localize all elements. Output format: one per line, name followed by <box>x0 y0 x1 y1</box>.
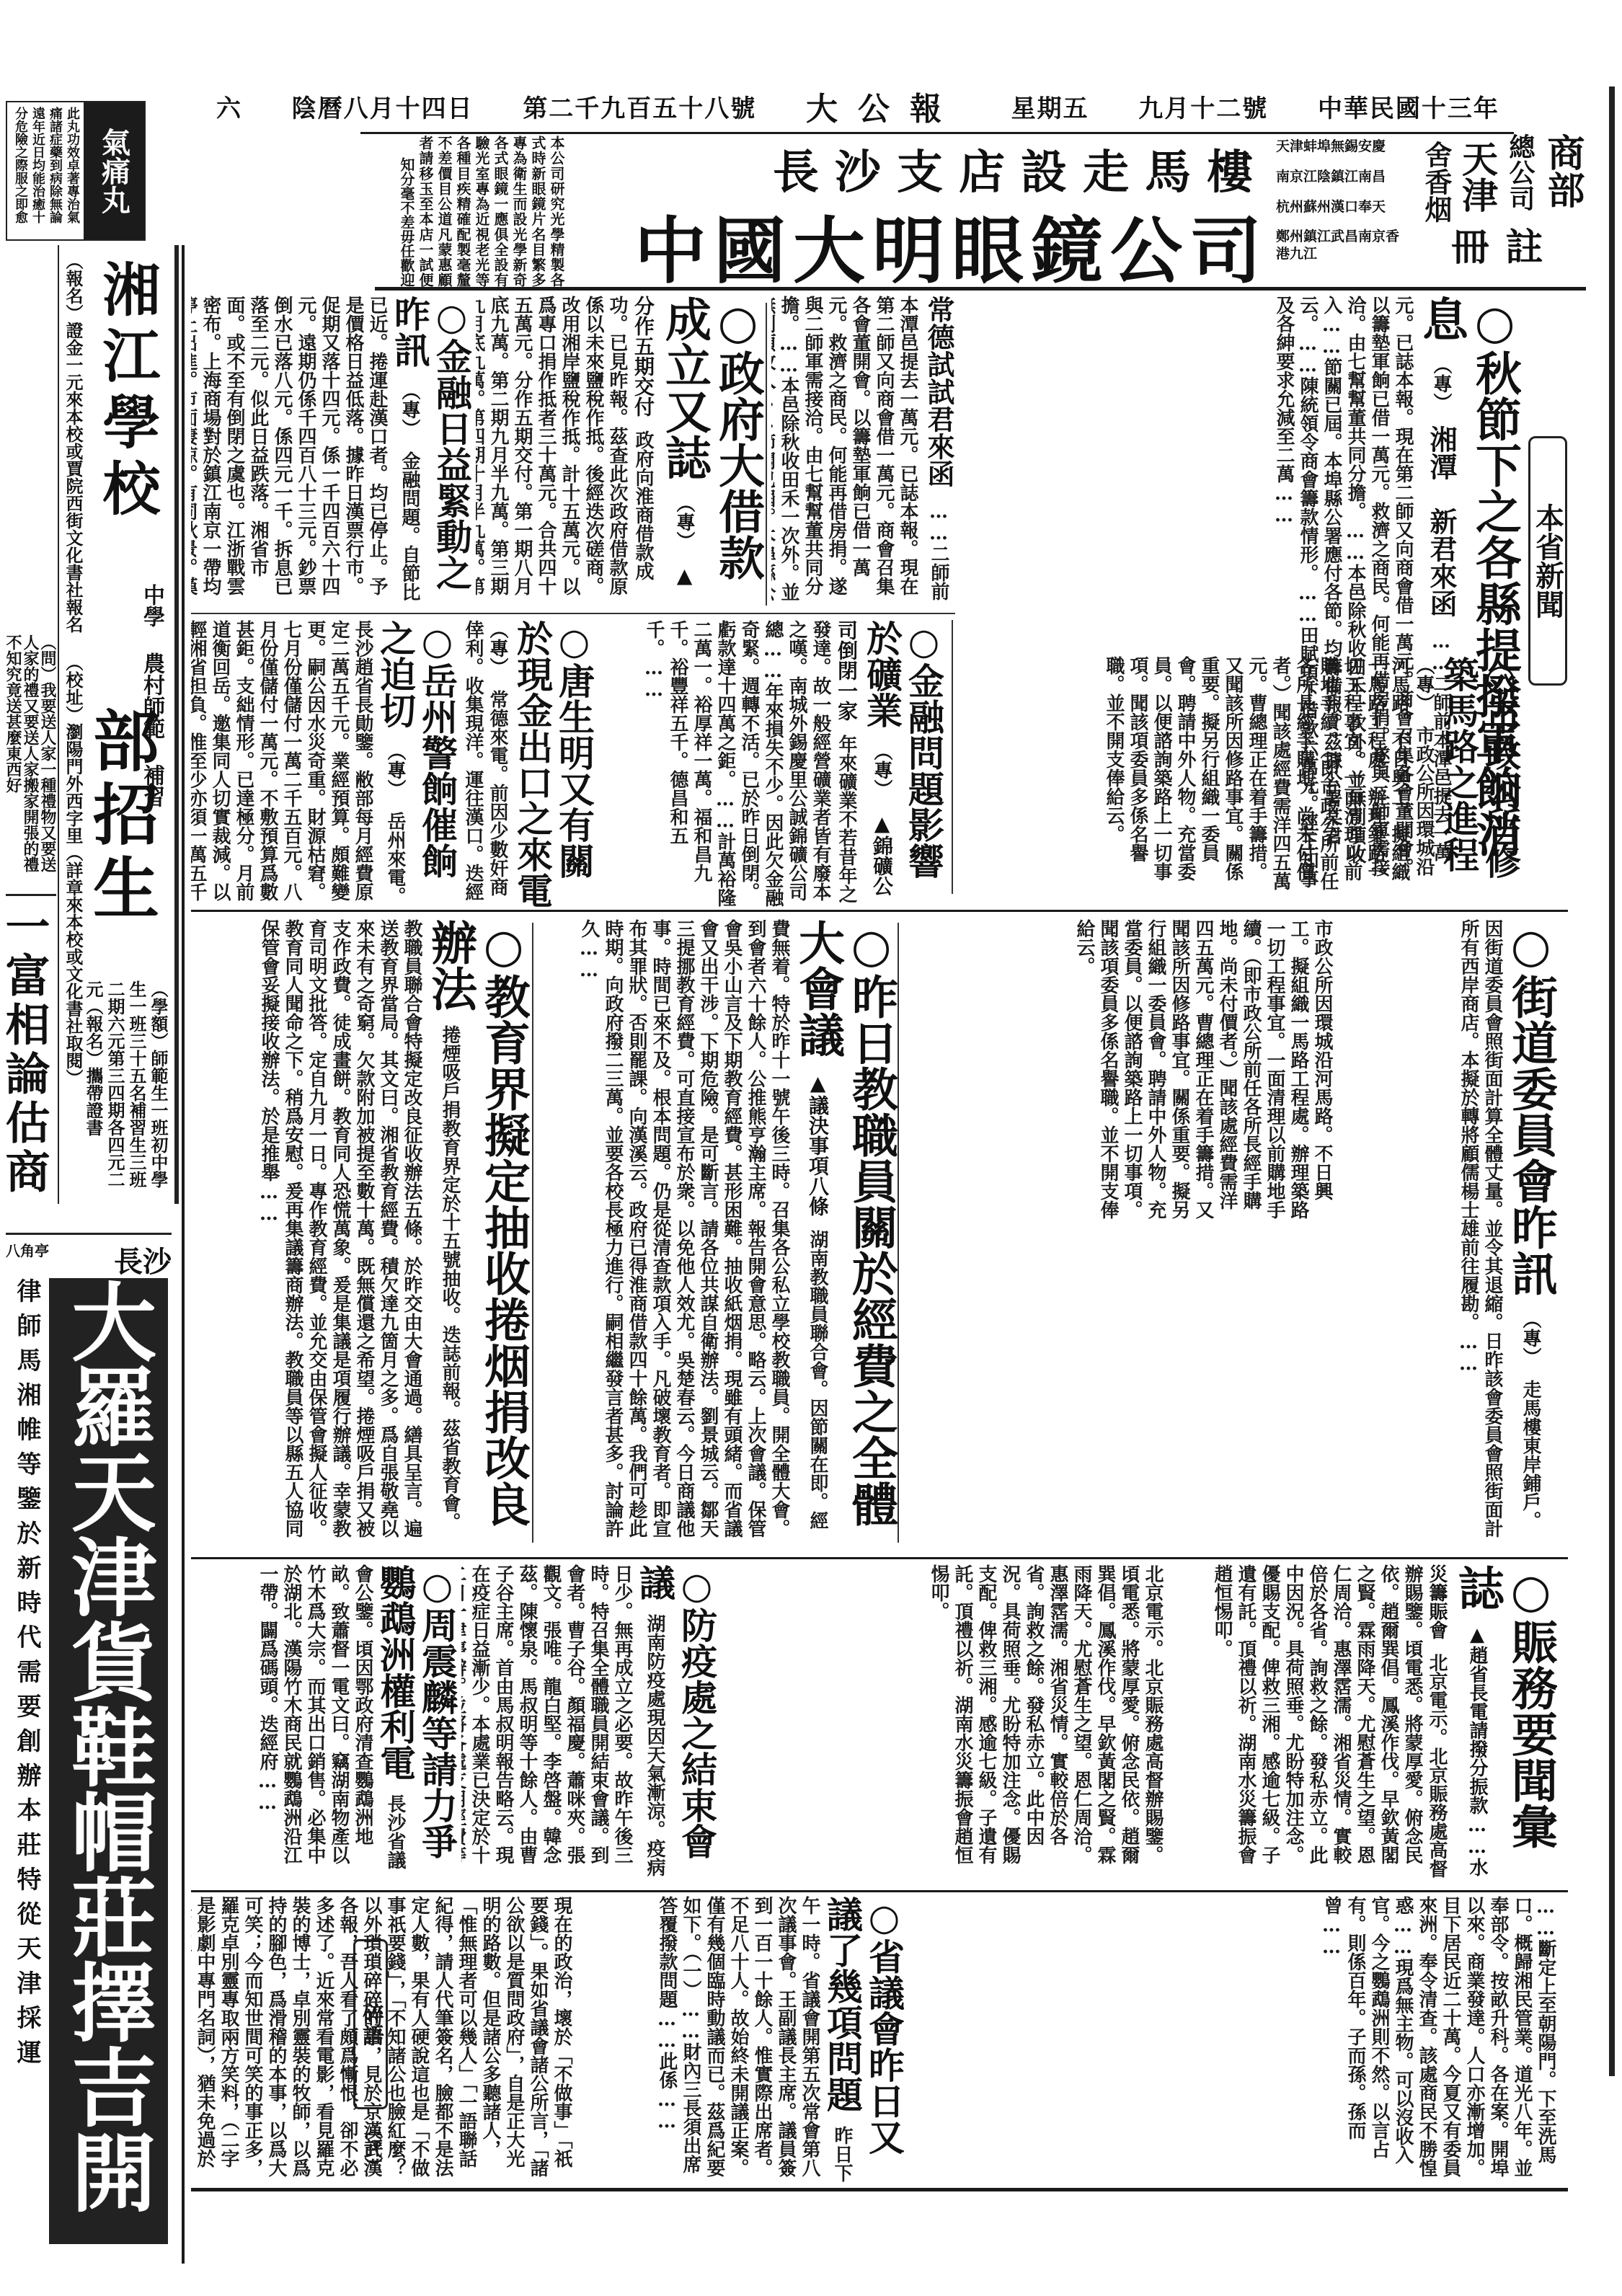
column-rule <box>952 620 953 894</box>
commentary-body: 現在的政治，壞於「不做事」「祇要錢」。果如省議會諸公所言，「諸公欲以是質問政府」… <box>191 1896 624 2184</box>
subhead: 常德試試君來函 <box>923 296 955 487</box>
branch-line: 天津蚌埠無錫安慶 <box>1276 138 1406 156</box>
branch-line: 杭州蘇州漢口奉天 <box>1276 199 1406 216</box>
article-tag: （專） <box>871 742 892 798</box>
date-lunar: 陰曆八月十四日 <box>292 89 474 124</box>
branch-list: 天津蚌埠無錫安慶 南京江陰鎮江南昌 杭州蘇州漢口奉天 鄭州鎮江武昌南京香港九江 <box>1276 138 1406 283</box>
headline: ○唐生明又有關於現金出口之來電 <box>511 620 595 908</box>
store-location: 長沙支店設走馬樓 <box>773 136 1269 202</box>
article-body: 湖南防疫處現因天氣漸涼。疫病日少。無再成立之必要。故昨午後三時。特召集全體職員開… <box>461 1564 665 1876</box>
dealer-word: 商部 <box>1535 133 1590 208</box>
article-body: 政府向淮商借款成功。已見昨報。茲查此次政府借款原係以未來鹽稅作抵。後經迭次磋商。… <box>476 296 654 595</box>
headline: ○省議會昨日又議了幾項問題 <box>821 1896 905 2155</box>
section-label-provincial-news: 本省新聞 <box>1528 436 1567 686</box>
article-body: 金融問題。自節比已近。捲運赴漢口者。均已停止。予是價格日益低落。據昨日漢票行市。… <box>191 296 420 601</box>
health-ad: 氣痛丸 此丸功效卓著專治氣痛諸症藥到病除無論遠年近日均能治癒十分危險之際服之即愈 <box>6 101 146 241</box>
enroll-note: （報名）證金一元來本校或賈院西街文化書社報名 <box>63 252 84 633</box>
health-ad-text: 此丸功效卓著專治氣痛諸症藥到病除無論遠年近日均能治癒十分危險之際服之即愈 <box>12 107 81 235</box>
gift-qa-ad: （問）我要送人家一種禮物又要送人家的禮又要送人家搬家開張的禮不知究竟送甚麼東西好 <box>6 634 56 872</box>
article-municipal-road: ○市政公所修築馬路之進程 （專） 市政公所因環城沿河馬路。不日興工。擬組織一馬路… <box>966 656 1521 894</box>
article-zhou-zhenlin: ○周震麟等請力爭鸚鵡洲權利電 長沙省議會公鑒。頃因鄂政府清查鸚鵡洲地畝。致蕭督一… <box>191 1564 458 1881</box>
headline: ○街道委員會昨訊 <box>1504 919 1557 1296</box>
article-yuezhou: ○岳州警餉催餉之迫切 （專） 岳州來電。長沙趙省長勛鑒。敝部每月經費原定二萬五千… <box>191 620 458 908</box>
article-epidemic-office: ○防疫處之結束會議 湖南防疫處現因天氣漸涼。疫病日少。無再成立之必要。故昨午後三… <box>461 1564 717 1881</box>
article-tag: （專） <box>1520 1310 1541 1366</box>
paper-name: 大公報 <box>806 83 962 129</box>
issue-number: 第二千九百五十八號 <box>523 89 756 124</box>
article-body: 北京電示。北京賑務處高督辦賜鑒。頃電悉。將蒙厚愛。俯念民依。趙爾巽倡。鳳溪作伐。… <box>928 1564 1164 1864</box>
article-tag: （專） <box>1430 355 1452 412</box>
left-column-rule <box>182 245 185 2264</box>
article-finance: ○金融日益緊動之昨訊 （專） 金融問題。自節比已近。捲運赴漢口者。均已停止。予是… <box>191 296 472 606</box>
page-border <box>1609 87 1615 2076</box>
dealer-city: 天津 <box>1451 141 1503 213</box>
row-rule <box>191 1557 1568 1559</box>
article-changde-yuanling: 常德試試君來函 ……二師前本潭邑提去一萬元。已誌本報。現在第二師又向商會借一萬元… <box>771 296 959 606</box>
slogan-ad: 一富相論估商 <box>6 894 56 1206</box>
dealer-ad: 商部 註冊 總公司 天津 舍香烟 <box>1413 133 1590 288</box>
article-body: ……斷定上至朝陽門。下至洗馬口。概歸湘民管業。道光八年。並奉部令。按畝升科。各在… <box>1321 1896 1556 2177</box>
article-gov-loan: ○政府大借款成立又誌 （專） ▲分作五期交付 政府向淮商借款成功。已見昨報。茲查… <box>476 296 764 606</box>
branch-line: 南京江陰鎮江南昌 <box>1276 169 1406 186</box>
vendor-side-text: 律師馬湘帷等鑒於新時代需要創辦本莊特從天津採運 <box>13 1278 45 2244</box>
dealer-word: 舍香烟 <box>1417 141 1456 223</box>
article-yingwuzhou: ……斷定上至朝陽門。下至洗馬口。概歸湘民管業。道光八年。並奉部令。按畝升科。各在… <box>908 1896 1557 2184</box>
school-address: （報名）證金一元來本校或賈院西街文化書社報名 （校址）瀏陽門外西字里（詳章來本校… <box>62 252 84 1189</box>
article-body: 市政公所因環城沿河馬路。不日興工。擬組織一馬路工程處。辦理築路一切工程事宜。一面… <box>1103 656 1435 890</box>
article-tag: （專） <box>399 381 420 438</box>
headline: ○市政公所修築馬路之進程 <box>1437 656 1521 879</box>
dealer-word: 註冊 <box>1440 227 1548 288</box>
header-rule <box>375 287 1586 291</box>
shoe-hat-store-ad: 長沙 八角亭 大羅天津貨鞋帽莊擇吉開張 律師馬湘帷等鑒於新時代需要創辦本莊特從天… <box>6 1233 172 2259</box>
branch-line: 鄭州鎮江武昌南京香港九江 <box>1276 229 1406 263</box>
article-tag: （專） <box>487 620 508 676</box>
page-number: 六 <box>216 89 242 124</box>
article-body: 年來礦業不若昔年之發達。故一般經營礦業者皆有廢本之嘆。南城外錫慶里公誠錦礦公司總… <box>643 620 857 907</box>
column-rule <box>898 923 899 1543</box>
masthead-rule <box>360 132 1514 134</box>
article-relief-news: ○賑務要聞彙誌 ▲趙省長電請撥分振款……水災籌賑會 北京電示。北京賑務處高督辦賜… <box>1168 1564 1557 1881</box>
bottom-rule <box>191 2188 1568 2191</box>
health-ad-title: 氣痛丸 <box>84 102 144 239</box>
row-rule <box>191 910 1568 912</box>
article-body: 湖南教職員聯合會。因節關在即。經費無着。特於昨十一號午後三時。召集各公私立學校教… <box>578 919 828 1538</box>
store-notice: 本公司研究光學精製各式時新眼鏡片名目繁多專為衛生而設光學新奇各式眼鏡一應俱全設有… <box>191 136 566 287</box>
article-body: 捲煙吸戶捐教育界定於十五號抽收。迭誌前報。茲省教育會。教職員聯合會特擬定改良征收… <box>258 919 461 1538</box>
article-tang-shengming: ○唐生明又有關於現金出口之來電 （專） 常德來電。前因少數奸商倖利。收集現洋。運… <box>461 620 595 908</box>
weekday: 星期五 <box>1011 89 1089 124</box>
fees-text: 二期六元第三四期各四元二元（報名）攜帶證書 <box>83 980 125 1188</box>
column-rule <box>766 303 767 606</box>
school-quota: （學額）師範生一班初中學生一班三十五名補習生三班 二期六元第三四期各四元二元（報… <box>82 980 169 1197</box>
article-body: 岳州來電。長沙趙省長勛鑒。敝部每月經費原定二萬五千元。業經預算。頗難變更。嗣公因… <box>191 620 406 905</box>
article-mining: ○金融問題影響於礦業 （專） ▲錦礦公司倒閉一家 年來礦業不若昔年之發達。故一般… <box>598 620 944 908</box>
article-provincial-assembly: ○省議會昨日又議了幾項問題 昨日下午一時。省議會開第五次常會第八次議事會。王副議… <box>627 1896 905 2184</box>
quota-text: （學額）師範生一班初中學生一班三十五名補習生三班 <box>126 980 169 1188</box>
vendor-place: 長沙 <box>114 1239 172 1280</box>
article-tag: （專） <box>673 494 695 550</box>
article-tag: （專） <box>1413 656 1435 712</box>
row-rule <box>191 613 955 614</box>
vendor-label: 八角亭 <box>6 1239 49 1280</box>
article-body: 北京電示。北京賑務處高督辦賜鑒。頃電悉。將蒙厚愛。俯念民依。趙爾巽倡。鳳溪作伐。… <box>1211 1564 1448 1878</box>
article-education-tobacco: ○教育界擬定抽收捲烟捐改良辦法 捲煙吸戶捐教育界定於十五號抽收。迭誌前報。茲省教… <box>191 919 530 1546</box>
school-headline: 部招生 <box>74 706 169 927</box>
article-body: 現在的政治，壞於「不做事」「祇要錢」。果如省議會諸公所言，「諸公欲以是質問政府」… <box>191 1896 624 2184</box>
subhead: ▲議決事項八條 <box>806 1071 830 1216</box>
vendor-header: 長沙 八角亭 <box>6 1239 172 1280</box>
subhead: 湘潭 新君來函 <box>1425 425 1458 617</box>
date-roc: 中華民國十三年 <box>1318 89 1499 124</box>
article-road-survey: 市政公所因環城沿河馬路。不日興工。擬組織一馬路工程處。辦理築路一切工程事宜。一面… <box>901 919 1334 1222</box>
date-gregorian: 九月十二號 <box>1138 89 1268 124</box>
row-rule <box>191 1890 1568 1892</box>
article-street-committee: ○街道委員會昨訊 （專） 走馬樓東岸鋪戶。因街道委員會照街面計算全體丈量。並令其… <box>1341 919 1557 1546</box>
dealer-company: 總公司 <box>1502 133 1539 211</box>
article-body: 市政公所因環城沿河馬路。不日興工。擬組織一馬路工程處。辦理築路一切工程事宜。一面… <box>1073 919 1333 1219</box>
masthead: 中華民國十三年 九月十二號 星期五 大公報 第二千九百五十八號 陰曆八月十四日 … <box>216 81 1499 131</box>
school-name: 湘江學校 <box>86 260 169 525</box>
article-relief-news-cont: 北京電示。北京賑務處高督辦賜鑒。頃電悉。將蒙厚愛。俯念民依。趙爾巽倡。鳳溪作伐。… <box>721 1564 1164 1881</box>
department: 中學 <box>139 584 164 627</box>
optical-store-ad: 長沙支店設走馬樓 中國大明眼鏡公司 天津蚌埠無錫安慶 南京江陰鎮江南昌 杭州蘇州… <box>779 136 1406 287</box>
vendor-title: 大羅天津貨鞋帽莊擇吉開張 <box>49 1278 168 2244</box>
school-ad: 湘江學校 中學 農村師範 補習 部招生 （學額）師範生一班初中學生一班三十五名補… <box>58 245 179 1204</box>
address-text: （校址）瀏陽門外西字里（詳章來本校或文化書社取閱） <box>63 654 84 1086</box>
store-name: 中國大明眼鏡公司 <box>634 193 1269 297</box>
article-teachers-meeting: ○昨日教職員關於經費之全體大會議 ▲議決事項八條 湖南教職員聯合會。因節關在即。… <box>537 919 898 1546</box>
article-tag: （專） <box>384 742 406 798</box>
column-rule <box>532 923 533 1543</box>
